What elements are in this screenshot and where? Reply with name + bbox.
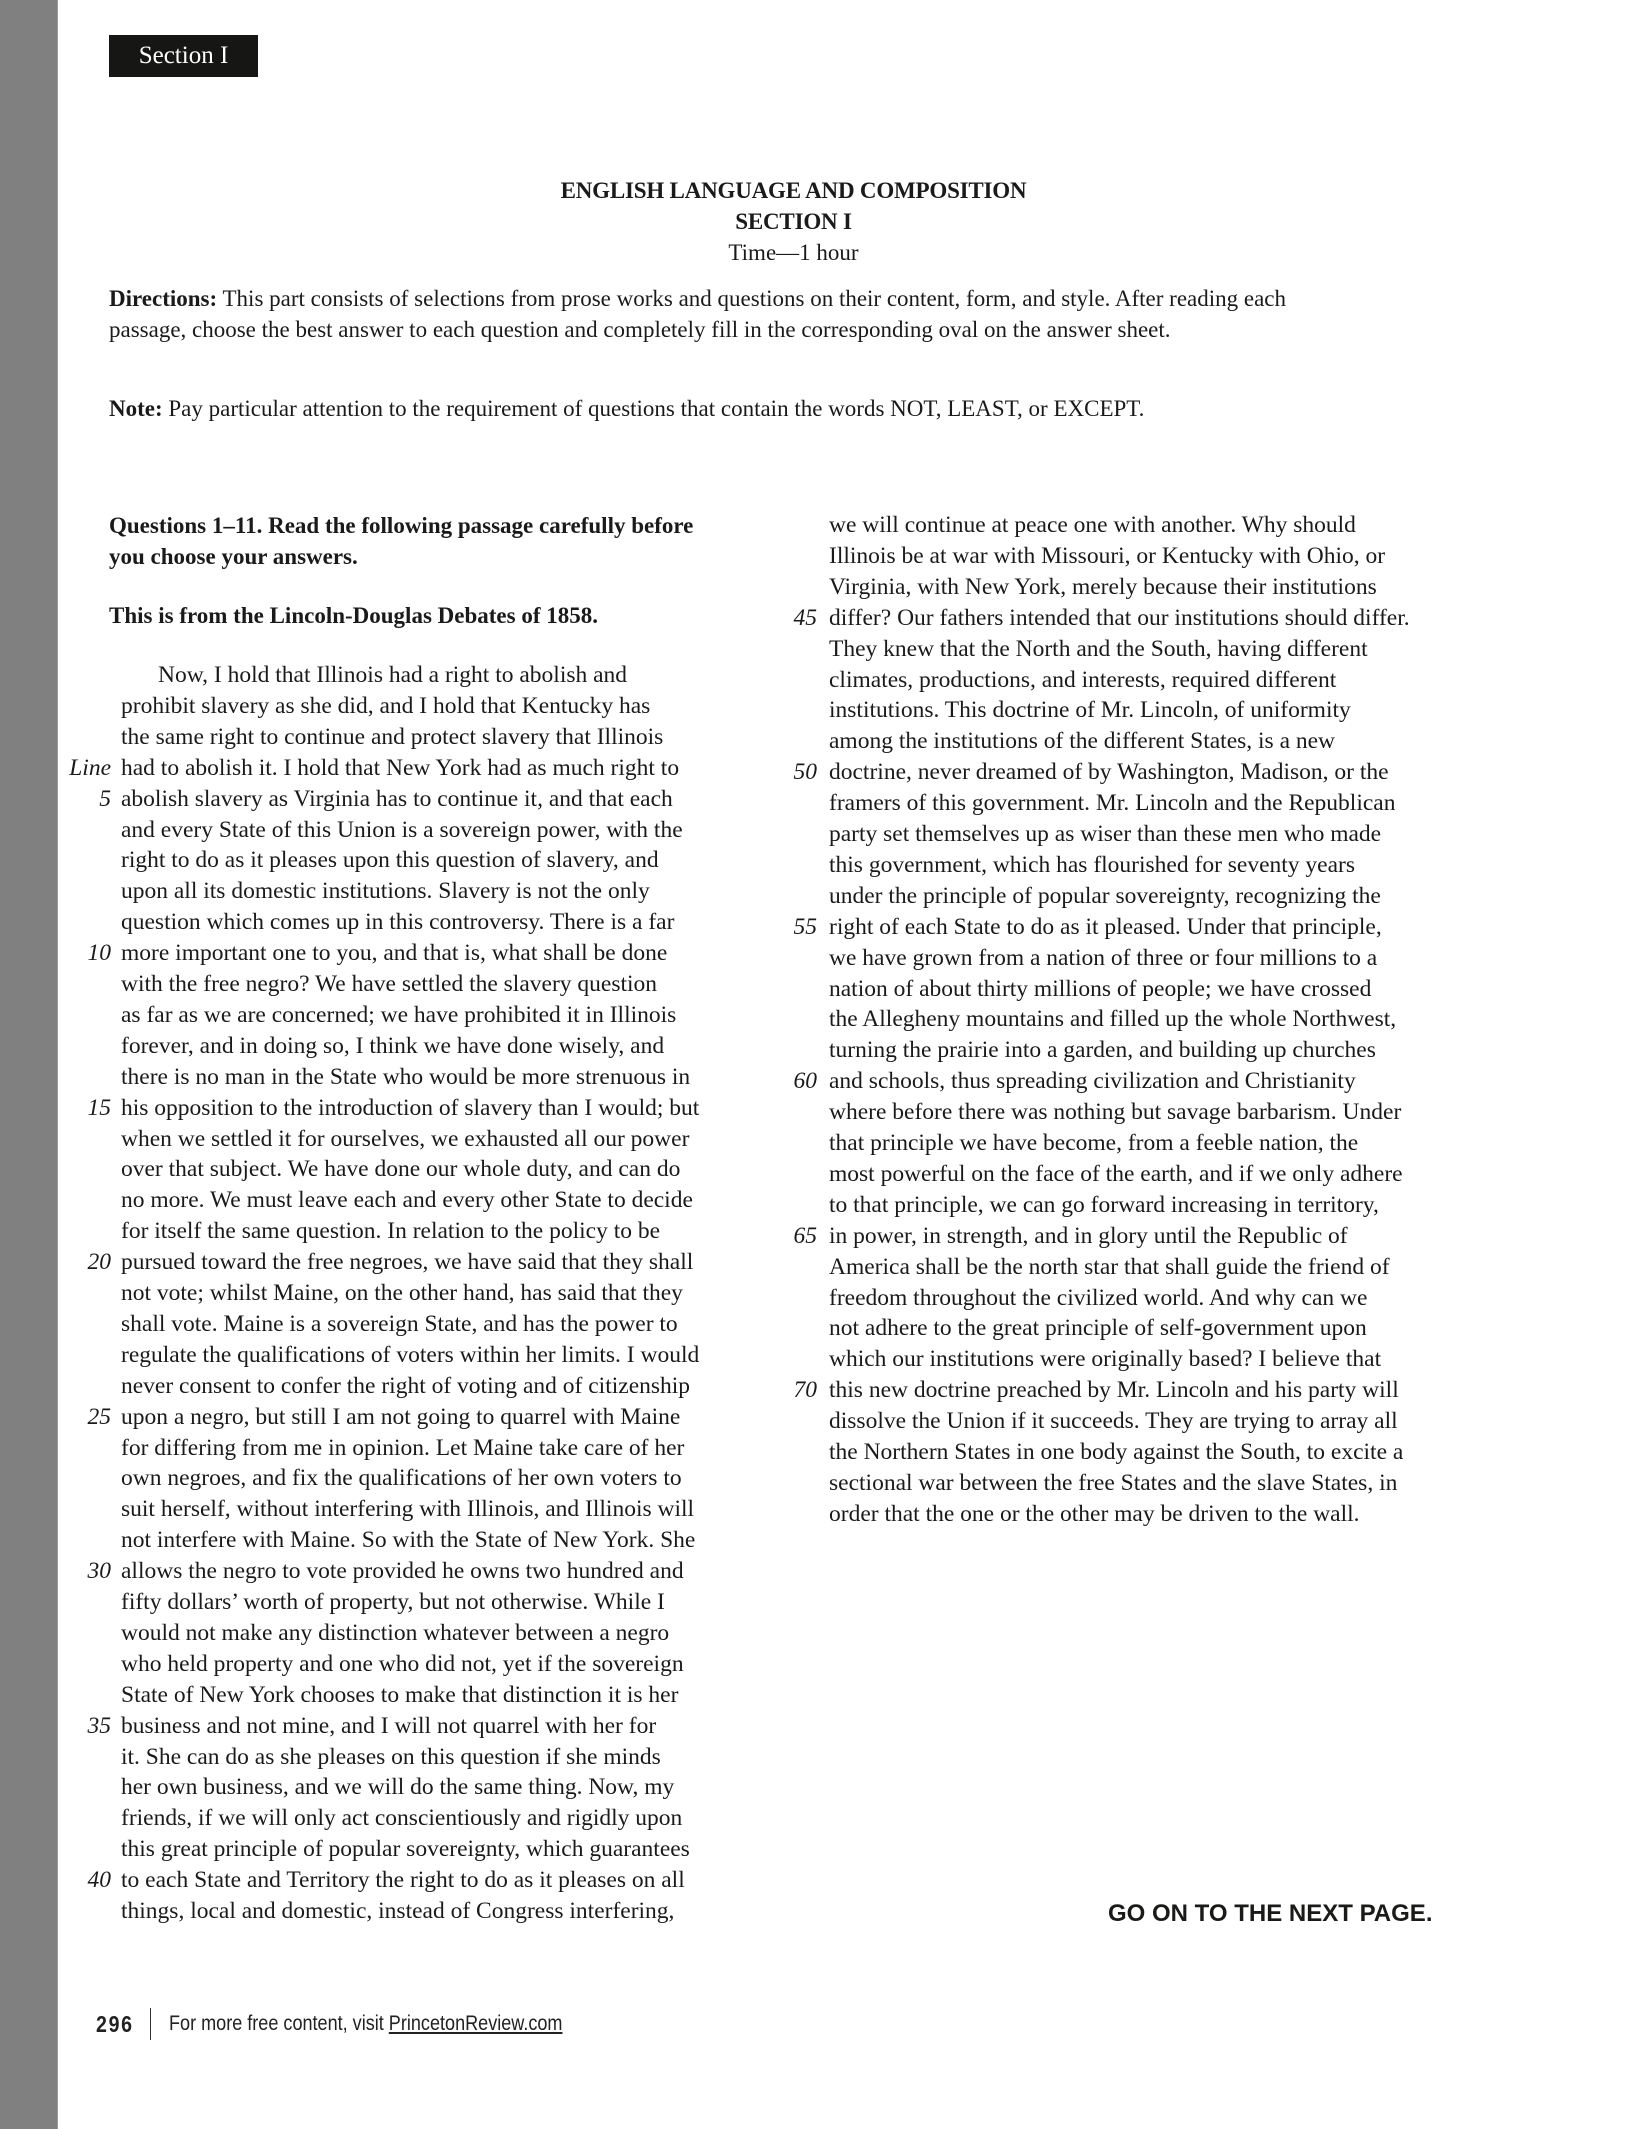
passage-line: would not make any distinction whatever … bbox=[121, 1618, 669, 1649]
line-number: 25 bbox=[63, 1402, 111, 1433]
line-number: 70 bbox=[769, 1375, 817, 1406]
passage-line: turning the prairie into a garden, and b… bbox=[829, 1035, 1376, 1066]
passage-line: never consent to confer the right of vot… bbox=[121, 1371, 690, 1402]
line-number: 50 bbox=[769, 757, 817, 788]
line-number: 30 bbox=[63, 1556, 111, 1587]
line-number: Line bbox=[63, 753, 111, 784]
passage-line: not interfere with Maine. So with the St… bbox=[121, 1525, 695, 1556]
line-number: 40 bbox=[63, 1865, 111, 1896]
time-limit: Time—1 hour bbox=[57, 237, 1530, 268]
passage-line: this great principle of popular sovereig… bbox=[121, 1834, 690, 1865]
passage-line: to that principle, we can go forward inc… bbox=[829, 1190, 1379, 1221]
section-badge: Section I bbox=[109, 35, 258, 77]
passage-line: prohibit slavery as she did, and I hold … bbox=[121, 691, 650, 722]
passage-line: things, local and domestic, instead of C… bbox=[121, 1896, 674, 1927]
go-on-next-page-notice: GO ON TO THE NEXT PAGE. bbox=[1108, 1900, 1432, 1928]
passage-line: forever, and in doing so, I think we hav… bbox=[121, 1031, 664, 1062]
passage-line: that principle we have become, from a fe… bbox=[829, 1128, 1358, 1159]
line-number: 20 bbox=[63, 1247, 111, 1278]
passage-line: nation of about thirty millions of peopl… bbox=[829, 974, 1371, 1005]
passage-line: institutions. This doctrine of Mr. Linco… bbox=[829, 695, 1351, 726]
passage-line: most powerful on the face of the earth, … bbox=[829, 1159, 1403, 1190]
page-edge-bar bbox=[0, 0, 58, 2129]
passage-line: allows the negro to vote provided he own… bbox=[121, 1556, 684, 1587]
passage-line: framers of this government. Mr. Lincoln … bbox=[829, 788, 1395, 819]
passage-line: freedom throughout the civilized world. … bbox=[829, 1283, 1367, 1314]
note-label: Note: bbox=[109, 396, 163, 421]
section-subtitle: SECTION I bbox=[57, 206, 1530, 237]
line-number: 60 bbox=[769, 1066, 817, 1097]
note: Note: Pay particular attention to the re… bbox=[109, 393, 1489, 424]
passage-line: order that the one or the other may be d… bbox=[829, 1499, 1360, 1530]
passage-line: the Northern States in one body against … bbox=[829, 1437, 1403, 1468]
passage-line: shall vote. Maine is a sovereign State, … bbox=[121, 1309, 678, 1340]
questions-instructions-line-1: Questions 1–11. Read the following passa… bbox=[109, 510, 769, 541]
passage-line: They knew that the North and the South, … bbox=[829, 634, 1368, 665]
passage-line: State of New York chooses to make that d… bbox=[121, 1680, 678, 1711]
passage-line: the Allegheny mountains and filled up th… bbox=[829, 1004, 1396, 1035]
page-number: 296 bbox=[96, 2011, 139, 2038]
line-number: 35 bbox=[63, 1711, 111, 1742]
line-number: 10 bbox=[63, 938, 111, 969]
passage-line: the same right to continue and protect s… bbox=[121, 722, 663, 753]
line-number: 55 bbox=[769, 912, 817, 943]
passage-line: and schools, thus spreading civilization… bbox=[829, 1066, 1356, 1097]
passage-line: Virginia, with New York, merely because … bbox=[829, 572, 1377, 603]
passage-line: climates, productions, and interests, re… bbox=[829, 665, 1336, 696]
passage-line: not vote; whilst Maine, on the other han… bbox=[121, 1278, 683, 1309]
note-text: Pay particular attention to the requirem… bbox=[163, 396, 1145, 421]
passage-line: we will continue at peace one with anoth… bbox=[829, 510, 1356, 541]
passage-line: friends, if we will only act conscientio… bbox=[121, 1803, 682, 1834]
passage-line: had to abolish it. I hold that New York … bbox=[121, 753, 679, 784]
passage-line: with the free negro? We have settled the… bbox=[121, 969, 657, 1000]
passage-line: not adhere to the great principle of sel… bbox=[829, 1313, 1367, 1344]
line-number: 45 bbox=[769, 603, 817, 634]
page-title-block: ENGLISH LANGUAGE AND COMPOSITION SECTION… bbox=[57, 175, 1530, 268]
questions-instructions-line-2: you choose your answers. bbox=[109, 541, 769, 572]
directions-text: This part consists of selections from pr… bbox=[217, 286, 1286, 311]
passage-line: in power, in strength, and in glory unti… bbox=[829, 1221, 1348, 1252]
questions-instructions: Questions 1–11. Read the following passa… bbox=[109, 510, 769, 572]
passage-line: over that subject. We have done our whol… bbox=[121, 1154, 680, 1185]
passage-line: differ? Our fathers intended that our in… bbox=[829, 603, 1410, 634]
passage-line: her own business, and we will do the sam… bbox=[121, 1772, 674, 1803]
directions-label: Directions: bbox=[109, 286, 217, 311]
passage-line: and every State of this Union is a sover… bbox=[121, 815, 683, 846]
passage-line: upon all its domestic institutions. Slav… bbox=[121, 876, 650, 907]
directions-text-2: passage, choose the best answer to each … bbox=[109, 314, 1489, 345]
passage-line: no more. We must leave each and every ot… bbox=[121, 1185, 693, 1216]
passage-line: fifty dollars’ worth of property, but no… bbox=[121, 1587, 665, 1618]
line-number: 5 bbox=[63, 784, 111, 815]
page-footer: 296 For more free content, visit Princet… bbox=[96, 2008, 627, 2040]
passage-line: doctrine, never dreamed of by Washington… bbox=[829, 757, 1389, 788]
passage-line: more important one to you, and that is, … bbox=[121, 938, 667, 969]
line-number: 15 bbox=[63, 1093, 111, 1124]
passage-line: right to do as it pleases upon this ques… bbox=[121, 845, 659, 876]
passage-line: his opposition to the introduction of sl… bbox=[121, 1093, 699, 1124]
passage-line: suit herself, without interfering with I… bbox=[121, 1494, 694, 1525]
passage-line: Now, I hold that Illinois had a right to… bbox=[121, 660, 627, 691]
passage-line: among the institutions of the different … bbox=[829, 726, 1335, 757]
passage-line: own negroes, and fix the qualifications … bbox=[121, 1463, 682, 1494]
passage-line: for differing from me in opinion. Let Ma… bbox=[121, 1433, 684, 1464]
line-number: 65 bbox=[769, 1221, 817, 1252]
passage-line: pursued toward the free negroes, we have… bbox=[121, 1247, 693, 1278]
passage-line: to each State and Territory the right to… bbox=[121, 1865, 685, 1896]
passage-source: This is from the Lincoln-Douglas Debates… bbox=[109, 600, 769, 631]
passage-line: America shall be the north star that sha… bbox=[829, 1252, 1390, 1283]
passage-line: this government, which has flourished fo… bbox=[829, 850, 1355, 881]
footer-promo-text: For more free content, visit bbox=[169, 2012, 389, 2035]
passage-line: question which comes up in this controve… bbox=[121, 907, 674, 938]
passage-line: dissolve the Union if it succeeds. They … bbox=[829, 1406, 1398, 1437]
passage-line: regulate the qualifications of voters wi… bbox=[121, 1340, 699, 1371]
passage-line: right of each State to do as it pleased.… bbox=[829, 912, 1382, 943]
directions: Directions: This part consists of select… bbox=[109, 283, 1489, 345]
passage-line: Illinois be at war with Missouri, or Ken… bbox=[829, 541, 1385, 572]
princeton-review-link[interactable]: PrincetonReview.com bbox=[389, 2012, 563, 2035]
passage-line: which our institutions were originally b… bbox=[829, 1344, 1381, 1375]
footer-promo: For more free content, visit PrincetonRe… bbox=[169, 2012, 562, 2036]
footer-divider bbox=[150, 2008, 151, 2040]
page-title: ENGLISH LANGUAGE AND COMPOSITION bbox=[57, 175, 1530, 206]
passage-line: upon a negro, but still I am not going t… bbox=[121, 1402, 680, 1433]
passage-line: party set themselves up as wiser than th… bbox=[829, 819, 1381, 850]
passage-line: for itself the same question. In relatio… bbox=[121, 1216, 660, 1247]
passage-line: it. She can do as she pleases on this qu… bbox=[121, 1742, 661, 1773]
passage-line: there is no man in the State who would b… bbox=[121, 1062, 690, 1093]
passage-line: we have grown from a nation of three or … bbox=[829, 943, 1377, 974]
passage-line: this new doctrine preached by Mr. Lincol… bbox=[829, 1375, 1399, 1406]
passage-line: under the principle of popular sovereign… bbox=[829, 881, 1381, 912]
passage-line: where before there was nothing but savag… bbox=[829, 1097, 1401, 1128]
passage-line: business and not mine, and I will not qu… bbox=[121, 1711, 656, 1742]
passage-line: who held property and one who did not, y… bbox=[121, 1649, 684, 1680]
passage-line: abolish slavery as Virginia has to conti… bbox=[121, 784, 673, 815]
passage-line: when we settled it for ourselves, we exh… bbox=[121, 1124, 689, 1155]
passage-line: sectional war between the free States an… bbox=[829, 1468, 1397, 1499]
passage-line: as far as we are concerned; we have proh… bbox=[121, 1000, 676, 1031]
